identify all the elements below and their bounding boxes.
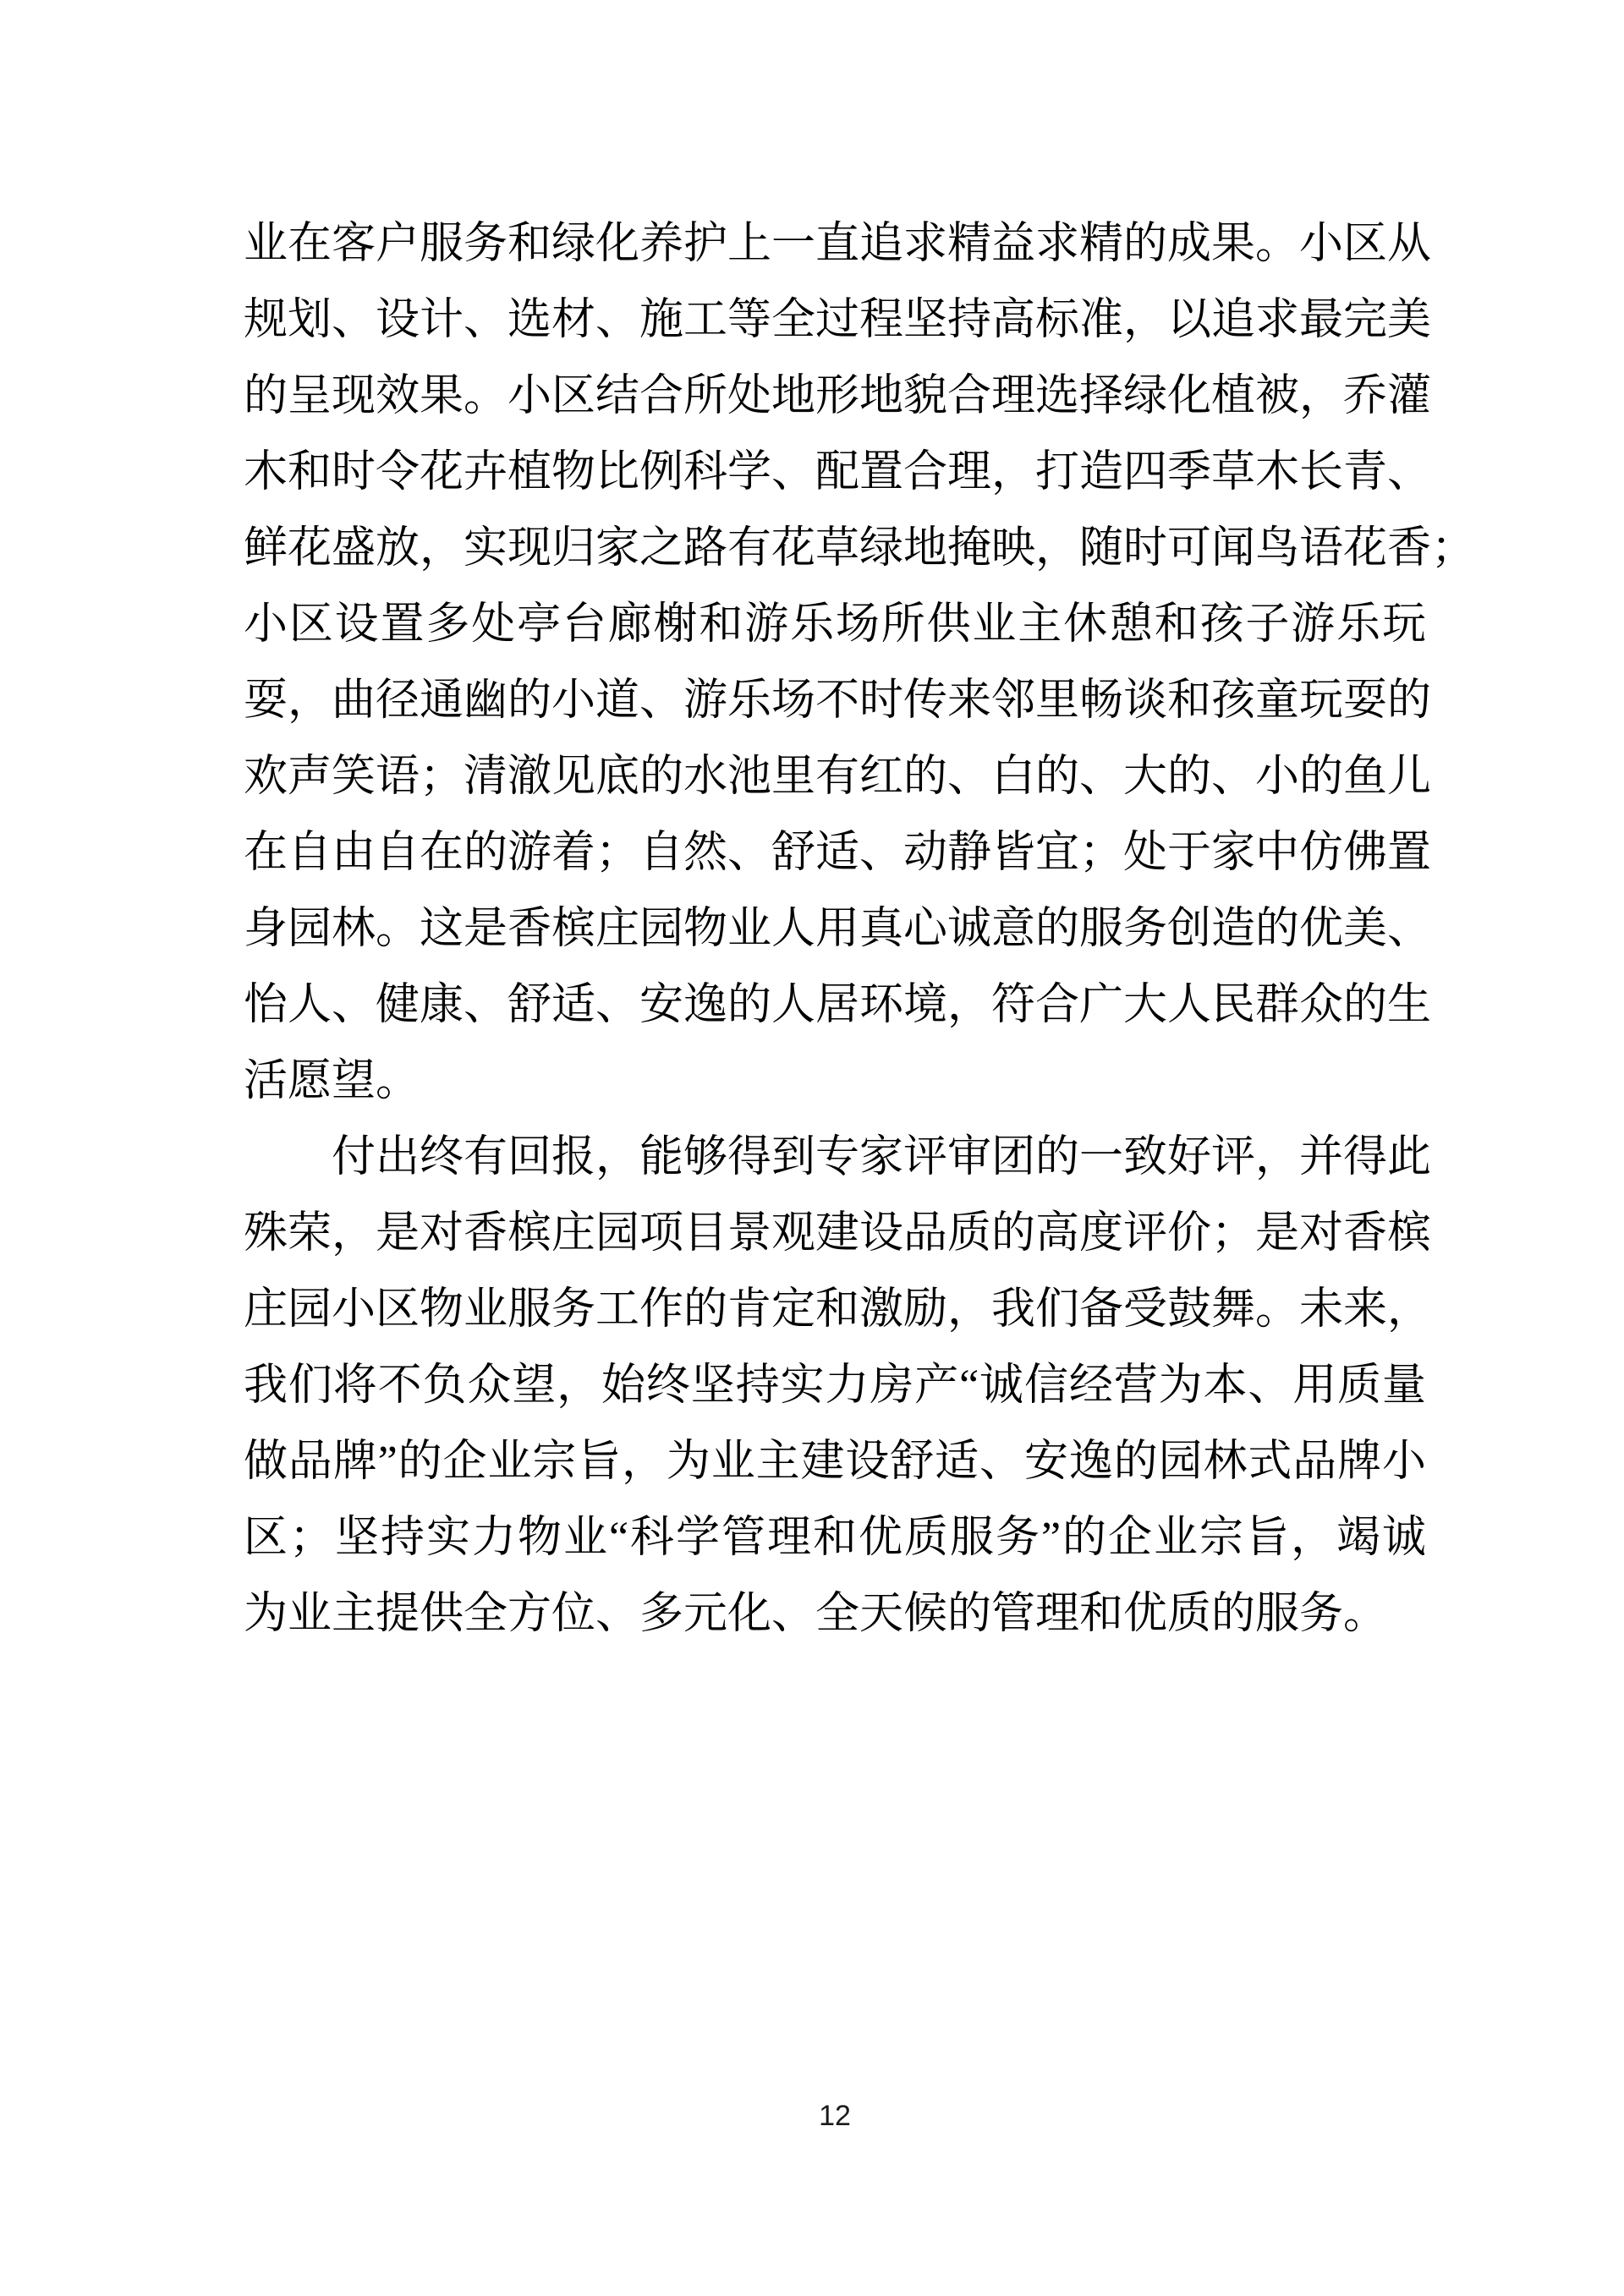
text-line: 区；坚持实力物业“科学管理和优质服务”的企业宗旨，竭诚 (244, 1500, 1426, 1576)
text-line: 怡人、健康、舒适、安逸的人居环境，符合广大人民群众的生 (244, 967, 1426, 1044)
paragraph-1: 业在客户服务和绿化养护上一直追求精益求精的成果。小区从 规划、设计、选材、施工等… (244, 206, 1426, 1120)
text-line: 耍，曲径通幽的小道、游乐场不时传来邻里畅谈和孩童玩耍的 (244, 663, 1426, 739)
text-line: 付出终有回报，能够得到专家评审团的一致好评，并得此 (244, 1120, 1426, 1196)
paragraph-2: 付出终有回报，能够得到专家评审团的一致好评，并得此 殊荣，是对香槟庄园项目景观建… (244, 1120, 1426, 1652)
text-line: 鲜花盛放，实现归家之路有花草绿地掩映，随时可闻鸟语花香； (244, 511, 1426, 587)
text-line: 殊荣，是对香槟庄园项目景观建设品质的高度评价；是对香槟 (244, 1196, 1426, 1272)
text-line: 木和时令花卉植物比例科学、配置合理，打造四季草木长青、 (244, 435, 1426, 511)
text-line: 的呈现效果。小区结合所处地形地貌合理选择绿化植被，乔灌 (244, 359, 1426, 435)
text-line: 我们将不负众望，始终坚持实力房产“诚信经营为本、用质量 (244, 1348, 1426, 1424)
text-line: 为业主提供全方位、多元化、全天候的管理和优质的服务。 (244, 1576, 1426, 1652)
document-page: 业在客户服务和绿化养护上一直追求精益求精的成果。小区从 规划、设计、选材、施工等… (0, 0, 1624, 2296)
document-body-text: 业在客户服务和绿化养护上一直追求精益求精的成果。小区从 规划、设计、选材、施工等… (244, 206, 1426, 1652)
text-line: 规划、设计、选材、施工等全过程坚持高标准，以追求最完美 (244, 282, 1426, 359)
text-line: 欢声笑语；清澈见底的水池里有红的、白的、大的、小的鱼儿 (244, 739, 1426, 815)
text-line: 小区设置多处亭台廊榭和游乐场所供业主休憩和孩子游乐玩 (244, 587, 1426, 663)
text-line: 做品牌”的企业宗旨，为业主建设舒适、安逸的园林式品牌小 (244, 1424, 1426, 1500)
text-line: 庄园小区物业服务工作的肯定和激励，我们备受鼓舞。未来， (244, 1272, 1426, 1348)
page-number: 12 (244, 2099, 1426, 2133)
text-line: 在自由自在的游着；自然、舒适、动静皆宜；处于家中仿佛置 (244, 815, 1426, 891)
text-line: 业在客户服务和绿化养护上一直追求精益求精的成果。小区从 (244, 206, 1426, 282)
text-line: 活愿望。 (244, 1044, 1426, 1120)
text-line: 身园林。这是香槟庄园物业人用真心诚意的服务创造的优美、 (244, 891, 1426, 967)
